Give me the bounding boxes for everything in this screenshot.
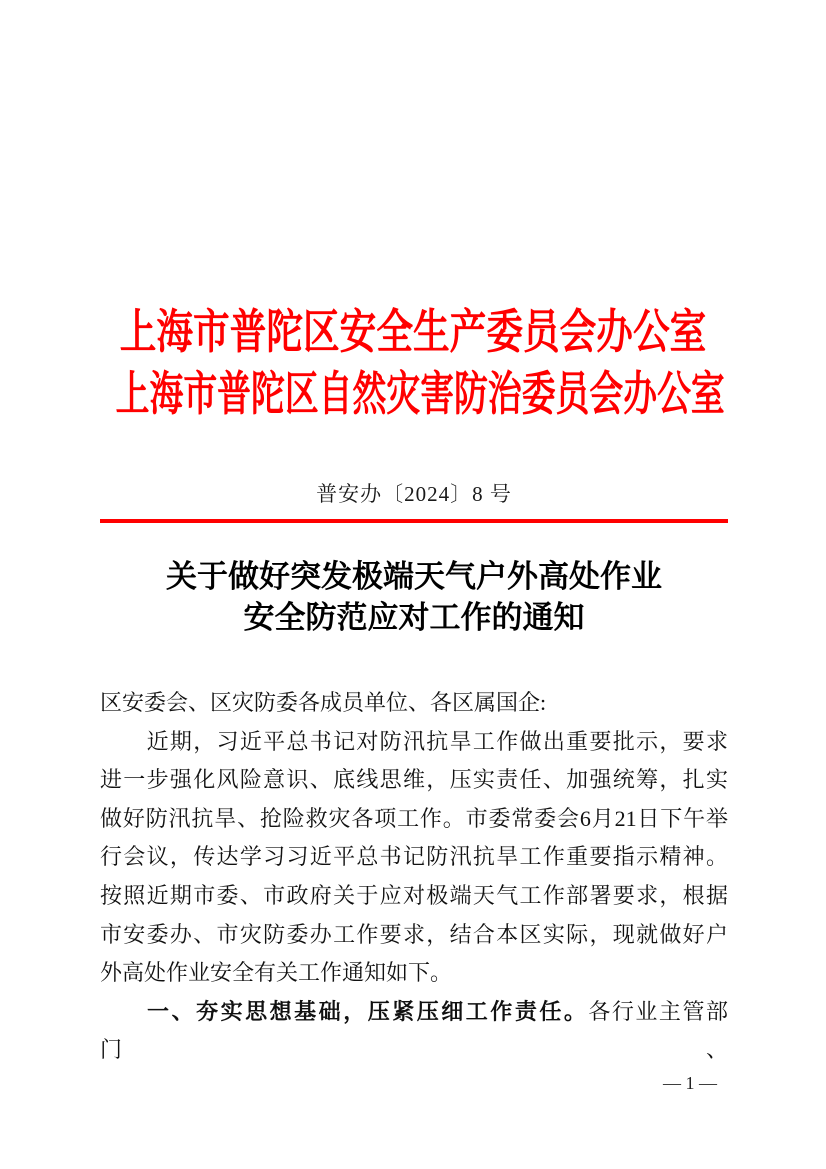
- body-text-line: 做好防汛抗旱、抢险救灾各项工作。市委常委会6月21日下午举: [100, 800, 728, 839]
- document-title-line2: 安全防范应对工作的通知: [100, 597, 728, 638]
- page-number: — 1 —: [648, 1072, 732, 1094]
- body-text-line: 一、夯实思想基础，压紧压细工作责任。各行业主管部门、: [100, 993, 728, 1032]
- document-title: 关于做好突发极端天气户外高处作业 安全防范应对工作的通知: [100, 556, 728, 638]
- body-text-segment: 按照近期市委、市政府关于应对极端天气工作部署要求，根据: [100, 883, 728, 908]
- document-number: 普安办〔2024〕8 号: [100, 480, 728, 508]
- body-text-segment: 市安委办、市灾防委办工作要求，结合本区实际，现就做好户: [100, 922, 728, 947]
- body-text-line: 市安委办、市灾防委办工作要求，结合本区实际，现就做好户: [100, 916, 728, 955]
- body-bold-segment: 一、夯实思想基础，压紧压细工作责任。: [147, 999, 588, 1024]
- body-text-segment: 外高处作业安全有关工作通知如下。: [100, 960, 452, 985]
- body-text-line: 外高处作业安全有关工作通知如下。: [100, 954, 728, 993]
- body-text-line: 行会议，传达学习习近平总书记防汛抗旱工作重要指示精神。: [100, 838, 728, 877]
- red-header-org-line1: 上海市普陀区安全生产委员会办公室: [91, 308, 735, 358]
- document-title-line1: 关于做好突发极端天气户外高处作业: [100, 556, 728, 597]
- body-text-segment: 近期，习近平总书记对防汛抗旱工作做出重要批示，要求: [100, 729, 728, 754]
- body-text-segment: 行会议，传达学习习近平总书记防汛抗旱工作重要指示精神。: [100, 844, 728, 869]
- red-divider-line: [100, 519, 728, 523]
- body-text-segment: [100, 999, 147, 1024]
- body-text-line: 进一步强化风险意识、底线思维，压实责任、加强统筹，扎实: [100, 761, 728, 800]
- body-text-line: 区安委会、区灾防委各成员单位、各区属国企:: [100, 684, 728, 723]
- red-header-org-line2: 上海市普陀区自然灾害防治委员会办公室: [116, 370, 711, 420]
- body-text-segment: 做好防汛抗旱、抢险救灾各项工作。市委常委会6月21日下午举: [100, 806, 728, 831]
- body-text-line: 近期，习近平总书记对防汛抗旱工作做出重要批示，要求: [100, 723, 728, 762]
- document-body: 区安委会、区灾防委各成员单位、各区属国企: 近期，习近平总书记对防汛抗旱工作做出…: [100, 684, 728, 1031]
- body-text-segment: 进一步强化风险意识、底线思维，压实责任、加强统筹，扎实: [100, 767, 728, 792]
- document-page: 上海市普陀区安全生产委员会办公室 上海市普陀区自然灾害防治委员会办公室 普安办〔…: [0, 0, 826, 1169]
- body-text-segment: 区安委会、区灾防委各成员单位、各区属国企:: [100, 690, 546, 715]
- body-text-line: 按照近期市委、市政府关于应对极端天气工作部署要求，根据: [100, 877, 728, 916]
